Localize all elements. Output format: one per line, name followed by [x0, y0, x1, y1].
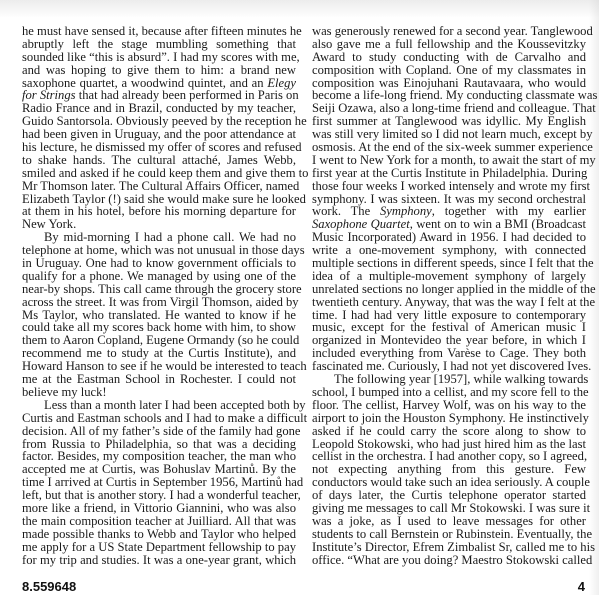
text-line: Curtis and Eastman schools and I had to … [22, 412, 296, 425]
text-line: airport to join the Houston Symphony. He… [312, 412, 586, 425]
text-line: abruptly left the stage mumbling somethi… [22, 38, 296, 51]
text-line: students to call Bernstein or Rubinstein… [312, 528, 586, 541]
text-line: in Uruguay. One had to know government o… [22, 257, 296, 270]
text-line: me apply for a US State Department fello… [22, 541, 296, 554]
text-line: was generously renewed for a second year… [312, 25, 586, 38]
text-line: believe my luck! [22, 386, 296, 399]
page-number: 4 [578, 579, 585, 594]
text-line: the main composition teacher at Juilliar… [22, 515, 296, 528]
scan-shadow-top [0, 0, 599, 18]
text-line: more like a friend, in Vittorio Giannini… [22, 502, 296, 515]
text-line: he must have sensed it, because after fi… [22, 25, 296, 38]
text-line: idea of a multiple-movement symphony of … [312, 270, 586, 283]
text-line: also gave me a full fellowship and the K… [312, 38, 586, 51]
text-line: twentieth century. Anyway, that was the … [312, 296, 586, 309]
text-line: me at the Eastman School in Rochester. I… [22, 373, 296, 386]
text-line: smiled and asked if he could keep them a… [22, 167, 296, 180]
text-line: for my trip and studies. It was a one-ye… [22, 554, 296, 567]
catalog-number: 8.559648 [22, 579, 76, 594]
text-line: and was hoping to give them to him: a br… [22, 64, 296, 77]
text-line: Less than a month later I had been accep… [22, 399, 296, 412]
text-line: The following year [1957], while walking… [312, 373, 586, 386]
text-line: school, I bumped into a cellist, and my … [312, 386, 586, 399]
text-line: near-by shops. This call came through th… [22, 283, 296, 296]
text-line: floor. The cellist, Harvey Wolf, was on … [312, 399, 586, 412]
text-line: across the street. It was from Virgil Th… [22, 296, 296, 309]
text-line: decision. All of my father’s side of the… [22, 425, 296, 438]
text-line: to shake hands. The cultural attaché, Ja… [22, 154, 296, 167]
text-line: Institute’s Director, Efrem Zimbalist Sr… [312, 541, 586, 554]
text-line: asked if he could carry the score along … [312, 425, 586, 438]
text-line: Mr Thomson later. The Cultural Affairs O… [22, 180, 296, 193]
left-text-column: he must have sensed it, because after fi… [22, 25, 296, 566]
text-line: composition with Copland. One of my clas… [312, 64, 586, 77]
right-text-column: was generously renewed for a second year… [312, 25, 586, 566]
text-line: qualify for a phone. We managed by using… [22, 270, 296, 283]
text-line: giving me messages to call Mr Stokowski.… [312, 502, 586, 515]
text-line: unrelated sections no longer applied in … [312, 283, 586, 296]
text-line: office. “What are you doing? Maestro Sto… [312, 554, 586, 567]
text-line: those four weeks I worked intensely and … [312, 180, 586, 193]
text-line: I went to New York for a month, to await… [312, 154, 586, 167]
text-line: first year at the Curtis Institute in Ph… [312, 167, 586, 180]
text-line: was a joke, as I used to leave messages … [312, 515, 586, 528]
text-line: osmosis. At the end of the six-week summ… [312, 141, 586, 154]
text-line: multiple sections in different speeds, s… [312, 257, 586, 270]
text-line: sounded like “this is absurd”. I had my … [22, 51, 296, 64]
text-line: his lecture, he dismissed my offer of sc… [22, 141, 296, 154]
text-line: Award to study conducting with de Carval… [312, 51, 586, 64]
text-line: made possible thanks to Webb and Taylor … [22, 528, 296, 541]
